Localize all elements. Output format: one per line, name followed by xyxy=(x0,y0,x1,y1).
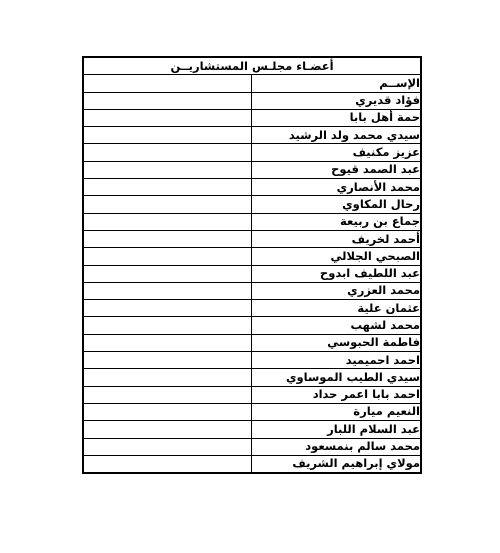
empty-cell xyxy=(83,369,251,386)
member-row: عبد الصمد قيوح xyxy=(83,161,421,178)
member-name-cell: احمد بابا اعمر حداد xyxy=(251,386,421,403)
empty-cell xyxy=(83,109,251,126)
empty-cell xyxy=(83,403,251,420)
member-row: محمد لشهب xyxy=(83,317,421,334)
empty-cell xyxy=(83,386,251,403)
member-row: فاطمة الحبوسي xyxy=(83,334,421,351)
empty-cell xyxy=(83,300,251,317)
member-row: جماع بن ربيعة xyxy=(83,213,421,230)
member-name-cell: محمد الأنصاري xyxy=(251,179,421,196)
empty-cell xyxy=(83,230,251,247)
empty-cell xyxy=(83,352,251,369)
empty-cell xyxy=(83,421,251,438)
member-name-cell: مولاي إبراهيم الشريف xyxy=(251,455,421,473)
member-row: عزيز مكنيف xyxy=(83,144,421,161)
member-name-cell: سيدي محمد ولد الرشيد xyxy=(251,127,421,144)
member-name-cell: الصبحي الجلالي xyxy=(251,248,421,265)
empty-cell xyxy=(83,265,251,282)
member-row: مولاي إبراهيم الشريف xyxy=(83,455,421,473)
member-row: عثمان علية xyxy=(83,300,421,317)
empty-column-header xyxy=(83,75,251,92)
member-name-cell: فاطمة الحبوسي xyxy=(251,334,421,351)
empty-cell xyxy=(83,248,251,265)
column-header-row: الإســم xyxy=(83,75,421,92)
member-row: أحمد لخريف xyxy=(83,230,421,247)
member-row: سيدي الطيب الموساوي xyxy=(83,369,421,386)
member-row: سيدي محمد ولد الرشيد xyxy=(83,127,421,144)
member-name-cell: محمد لشهب xyxy=(251,317,421,334)
members-table: أعضـاء مجلـس المستشاريــن الإســم فؤاد ق… xyxy=(82,56,422,474)
name-column-header: الإســم xyxy=(251,75,421,92)
member-name-cell: فؤاد قديري xyxy=(251,92,421,109)
member-name-cell: سيدي الطيب الموساوي xyxy=(251,369,421,386)
member-row: النعيم ميارة xyxy=(83,403,421,420)
document-page: أعضـاء مجلـس المستشاريــن الإســم فؤاد ق… xyxy=(0,0,500,553)
empty-cell xyxy=(83,92,251,109)
member-name-cell: جماع بن ربيعة xyxy=(251,213,421,230)
member-name-cell: حمة أهل بابا xyxy=(251,109,421,126)
member-row: محمد سالم بنمسعود xyxy=(83,438,421,455)
empty-cell xyxy=(83,213,251,230)
member-name-cell: أحمد لخريف xyxy=(251,230,421,247)
empty-cell xyxy=(83,196,251,213)
members-table-body: فؤاد قديريحمة أهل باباسيدي محمد ولد الرش… xyxy=(83,92,421,473)
member-name-cell: عبد السلام اللبار xyxy=(251,421,421,438)
empty-cell xyxy=(83,438,251,455)
member-name-cell: عبد الصمد قيوح xyxy=(251,161,421,178)
empty-cell xyxy=(83,144,251,161)
empty-cell xyxy=(83,127,251,144)
table-title: أعضـاء مجلـس المستشاريــن xyxy=(83,57,421,75)
empty-cell xyxy=(83,334,251,351)
member-row: فؤاد قديري xyxy=(83,92,421,109)
empty-cell xyxy=(83,282,251,299)
member-row: رحال المكاوي xyxy=(83,196,421,213)
member-name-cell: محمد سالم بنمسعود xyxy=(251,438,421,455)
member-row: عبد اللطيف ابدوح xyxy=(83,265,421,282)
member-name-cell: محمد العزري xyxy=(251,282,421,299)
member-row: الصبحي الجلالي xyxy=(83,248,421,265)
member-name-cell: عبد اللطيف ابدوح xyxy=(251,265,421,282)
member-name-cell: عزيز مكنيف xyxy=(251,144,421,161)
member-row: عبد السلام اللبار xyxy=(83,421,421,438)
member-row: محمد الأنصاري xyxy=(83,179,421,196)
empty-cell xyxy=(83,179,251,196)
empty-cell xyxy=(83,317,251,334)
empty-cell xyxy=(83,455,251,473)
member-name-cell: رحال المكاوي xyxy=(251,196,421,213)
member-row: محمد العزري xyxy=(83,282,421,299)
member-name-cell: النعيم ميارة xyxy=(251,403,421,420)
member-row: احمد احميميد xyxy=(83,352,421,369)
table-title-row: أعضـاء مجلـس المستشاريــن xyxy=(83,57,421,75)
member-name-cell: عثمان علية xyxy=(251,300,421,317)
member-row: احمد بابا اعمر حداد xyxy=(83,386,421,403)
empty-cell xyxy=(83,161,251,178)
member-name-cell: احمد احميميد xyxy=(251,352,421,369)
member-row: حمة أهل بابا xyxy=(83,109,421,126)
